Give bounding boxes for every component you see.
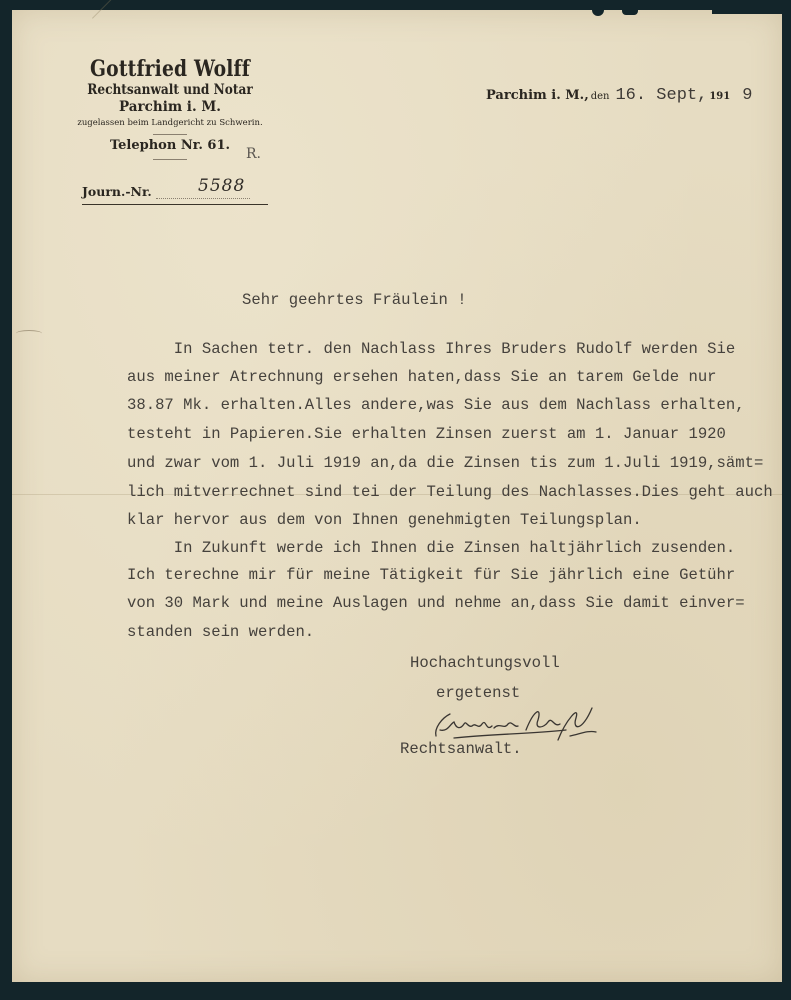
body-line: und zwar vom 1. Juli 1919 an,da die Zins… — [127, 454, 763, 472]
body-line: lich mitverrechnet sind tei der Teilung … — [127, 483, 773, 501]
divider — [153, 134, 187, 135]
dateline: Parchim i. M.,den16. Sept,1919 — [486, 86, 752, 105]
date-year-typed: 9 — [742, 86, 752, 105]
paper-tear — [712, 10, 782, 14]
stamp-letter: R. — [246, 146, 261, 162]
scanned-letter: Gottfried Wolff Rechtsanwalt und Notar P… — [0, 0, 791, 1000]
signature-role: Rechtsanwalt. — [400, 740, 522, 758]
letterhead-name: Gottfried Wolff — [85, 56, 255, 82]
letterhead-phone: Telephon Nr. 61. — [70, 137, 270, 155]
letterhead-city: Parchim i. M. — [70, 99, 270, 116]
body-line: klar hervor aus dem von Ihnen genehmigte… — [127, 511, 642, 529]
journal-number: 5588 — [198, 176, 245, 196]
body-line: von 30 Mark und meine Auslagen und nehme… — [127, 594, 745, 612]
signature-icon — [430, 700, 600, 744]
letterhead-court: zugelassen beim Landgericht zu Schwerin. — [70, 116, 270, 130]
salutation: Sehr geehrtes Fräulein ! — [242, 291, 467, 309]
date-year-printed: 191 — [709, 91, 730, 102]
date-den: den — [591, 91, 610, 102]
paper-tear — [622, 10, 638, 15]
body-line: aus meiner Atrechnung ersehen haten,dass… — [127, 368, 717, 386]
body-line: 38.87 Mk. erhalten.Alles andere,was Sie … — [127, 396, 745, 414]
date-day-month: 16. Sept, — [615, 86, 707, 105]
body-line: Ich terechne mir für meine Tätigkeit für… — [127, 566, 735, 584]
letterhead-title: Rechtsanwalt und Notar — [80, 82, 260, 99]
journal-dotted-line — [156, 198, 250, 199]
closing-line: Hochachtungsvoll — [410, 654, 560, 672]
body-line: testeht in Papieren.Sie erhalten Zinsen … — [127, 425, 726, 443]
journal-label: Journ.-Nr. — [82, 184, 152, 199]
body-line: In Sachen tetr. den Nachlass Ihres Brude… — [127, 340, 735, 358]
body-line: In Zukunft werde ich Ihnen die Zinsen ha… — [127, 539, 735, 557]
journal-number-field: Journ.-Nr. 5588 — [82, 178, 268, 205]
paper-crease — [92, 0, 199, 19]
date-city: Parchim i. M., — [486, 88, 589, 103]
body-line: standen sein werden. — [127, 623, 314, 641]
paper-tear — [592, 10, 604, 16]
divider — [153, 159, 187, 160]
paper-crease-mark — [16, 330, 42, 337]
letterhead: Gottfried Wolff Rechtsanwalt und Notar P… — [70, 56, 270, 162]
